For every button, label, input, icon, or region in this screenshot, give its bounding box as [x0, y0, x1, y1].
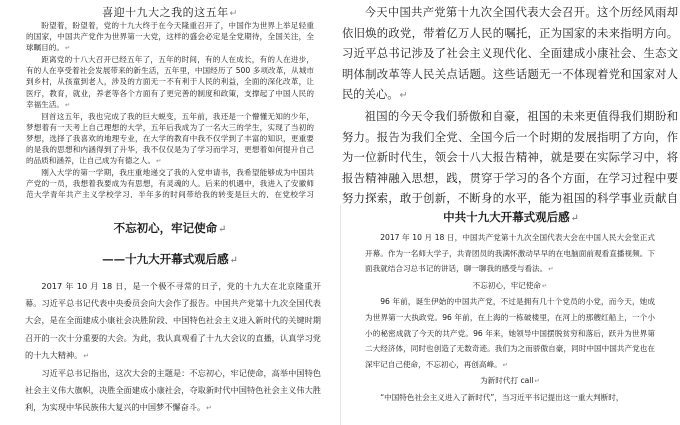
paragraph: “中国特色社会主义进入了新时代”，当习近平书记提出这一重大判断时，	[365, 390, 655, 406]
page-title: 喜迎十九大之我的这五年↵	[0, 4, 340, 20]
document-page-bottom-left: 不忘初心，牢记使命↵ ——十九大开幕式观后感↵ 2017 年 10 月 18 日…	[0, 198, 340, 425]
section-heading: 不忘初心，牢记使命↵	[365, 278, 655, 295]
paragraph: 2017 年 10 月 18 日，是一个极不寻常的日子，党的十九大在北京隆重开幕…	[25, 278, 321, 365]
page-title: 中共十九大开幕式观后感↵	[341, 209, 680, 225]
paragraph: 距离党的十八大召开已经五年了，五年的时间，有的人在成长，有的人在进步，有的人在享…	[26, 54, 314, 110]
subheading: ——十九大开幕式观后感↵	[0, 251, 340, 267]
paragraph: 盼望着，盼望着，党的十九大终于在今天隆重召开了，中国作为世界上举足轻重的国家，中…	[26, 20, 314, 54]
heading: 不忘初心，牢记使命↵	[0, 220, 340, 236]
document-body: 盼望着，盼望着，党的十九大终于在今天隆重召开了，中国作为世界上举足轻重的国家，中…	[26, 20, 314, 198]
paragraph: 祖国的今天令我们骄傲和自豪，祖国的未来更值得我们期盼和努力。报告为我们全党、全国…	[342, 107, 678, 205]
document-page-top-right: 今天中国共产党第十九次全国代表大会召开。这个历经风雨却依旧焕的政党，带着亿万人民…	[340, 0, 680, 205]
section-heading: 为新时代打 call↵	[365, 373, 655, 390]
document-body: 2017 年 10 月 18 日，是一个极不寻常的日子，党的十九大在北京隆重开幕…	[25, 278, 321, 418]
paragraph: 回首这五年，我也完成了我的巨大蜕变，五年前，我还是一个懵懂无知的少年，梦想着有一…	[26, 111, 314, 167]
paragraph-mark-icon: ↵	[230, 8, 238, 19]
document-page-top-left: 喜迎十九大之我的这五年↵ 盼望着，盼望着，党的十九大终于在今天隆重召开了，中国作…	[0, 0, 340, 198]
paragraph: 96 年前，诞生伊始的中国共产党，不过是拥有几十个党员的小党，而今天，她成为世界…	[365, 294, 655, 373]
document-page-bottom-right: 中共十九大开幕式观后感↵ 2017 年 10 月 18 日，中国共产党第十九次全…	[340, 205, 680, 425]
paragraph: 习近平总书记指出，这次大会的主题是：不忘初心，牢记使命，高举中国特色社会主义伟大…	[25, 365, 321, 418]
paragraph: 今天中国共产党第十九次全国代表大会召开。这个历经风雨却依旧焕的政党，带着亿万人民…	[342, 3, 678, 107]
paragraph: 刚入大学的第一学期，我庄重地递交了我的入党申请书，我希望能够成为中国共产党的一员…	[26, 167, 314, 198]
paragraph: 2017 年 10 月 18 日，中国共产党第十九次全国代表大会在中国人民大会堂…	[365, 230, 655, 278]
document-body: 今天中国共产党第十九次全国代表大会召开。这个历经风雨却依旧焕的政党，带着亿万人民…	[342, 3, 678, 205]
document-body: 2017 年 10 月 18 日，中国共产党第十九次全国代表大会在中国人民大会堂…	[365, 230, 655, 406]
